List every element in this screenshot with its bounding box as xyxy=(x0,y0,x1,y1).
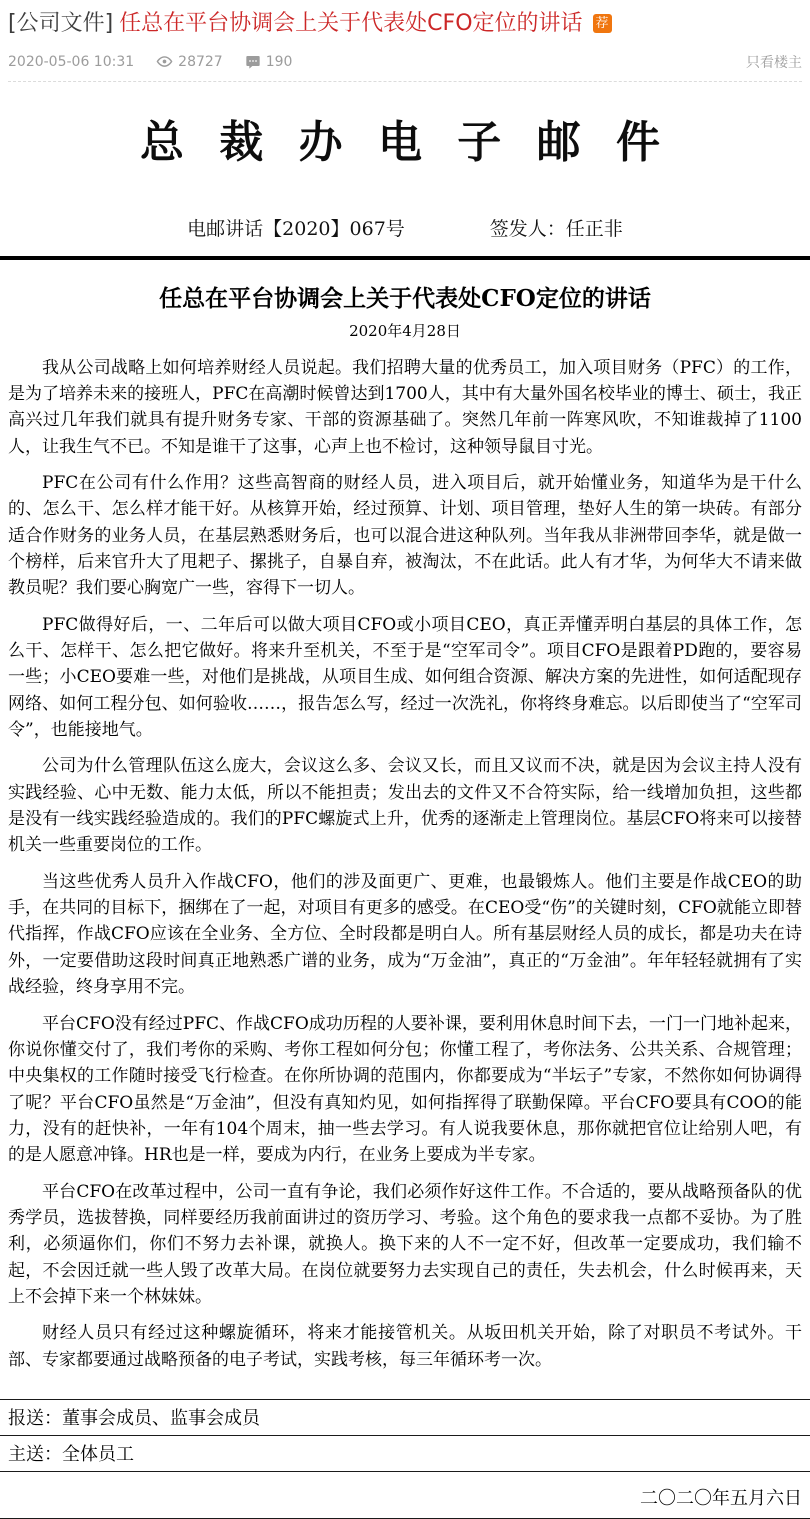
post-datetime: 2020-05-06 10:31 xyxy=(8,54,134,70)
article: 任总在平台协调会上关于代表处CFO定位的讲话 2020年4月28日 我从公司战略… xyxy=(0,280,810,1373)
letterhead-masthead: 总 裁 办 电 子 邮 件 xyxy=(0,106,810,170)
comment-count-value: 190 xyxy=(266,54,293,70)
dashed-separator xyxy=(8,81,802,82)
article-paragraph: 平台CFO在改革过程中，公司一直有争论，我们必须作好这件工作。不合适的，要从战略… xyxy=(8,1179,802,1311)
article-paragraph: 财经人员只有经过这种螺旋循环，将来才能接管机关。从坂田机关开始，除了对职员不考试… xyxy=(8,1320,802,1373)
eye-icon xyxy=(156,53,173,70)
article-paragraph: PFC做得好后，一、二年后可以做大项目CFO或小项目CEO，真正弄懂弄明白基层的… xyxy=(8,612,802,744)
post-meta-bar: 2020-05-06 10:31 28727 190 只看楼主 xyxy=(8,52,802,72)
comment-count: 190 xyxy=(245,54,293,70)
article-paragraph: 我从公司战略上如何培养财经人员说起。我们招聘大量的优秀员工，加入项目财务（PFC… xyxy=(8,355,802,460)
footer-main-to: 主送：全体员工 xyxy=(0,1435,810,1471)
post-title-row: [公司文件]任总在平台协调会上关于代表处CFO定位的讲话荐 xyxy=(8,10,802,39)
article-title: 任总在平台协调会上关于代表处CFO定位的讲话 xyxy=(0,280,810,313)
article-paragraph: 当这些优秀人员升入作战CFO，他们的涉及面更广、更难，也最锻炼人。他们主要是作战… xyxy=(8,869,802,1001)
article-paragraph: 公司为什么管理队伍这么庞大，会议这么多、会议又长，而且又议而不决，就是因为会议主… xyxy=(8,753,802,858)
doc-number-row: 电邮讲话【2020】067号 签发人：任正非 xyxy=(0,214,810,241)
letterhead-rule xyxy=(0,256,810,260)
forum-post-page: [公司文件]任总在平台协调会上关于代表处CFO定位的讲话荐 2020-05-06… xyxy=(0,0,810,1519)
view-count-value: 28727 xyxy=(178,54,223,70)
view-count: 28727 xyxy=(156,53,223,70)
post-header: [公司文件]任总在平台协调会上关于代表处CFO定位的讲话荐 2020-05-06… xyxy=(0,0,810,82)
only-author-link[interactable]: 只看楼主 xyxy=(746,52,802,72)
letterhead: 总 裁 办 电 子 邮 件 电邮讲话【2020】067号 签发人：任正非 xyxy=(0,106,810,260)
document-footer: 报送：董事会成员、监事会成员 主送：全体员工 二〇二〇年五月六日 xyxy=(0,1399,810,1519)
recommended-badge: 荐 xyxy=(593,14,612,33)
article-paragraph: PFC在公司有什么作用？这些高智商的财经人员，进入项目后，就开始懂业务，知道华为… xyxy=(8,470,802,602)
post-category-tag: [公司文件] xyxy=(8,11,113,36)
article-date: 2020年4月28日 xyxy=(0,320,810,341)
footer-issue-date: 二〇二〇年五月六日 xyxy=(0,1471,810,1518)
doc-number: 电邮讲话【2020】067号 xyxy=(187,214,405,241)
article-body: 我从公司战略上如何培养财经人员说起。我们招聘大量的优秀员工，加入项目财务（PFC… xyxy=(0,341,810,1373)
comment-icon xyxy=(245,54,261,70)
footer-report-to: 报送：董事会成员、监事会成员 xyxy=(0,1399,810,1435)
article-paragraph: 平台CFO没有经过PFC、作战CFO成功历程的人要补课，要利用休息时间下去，一门… xyxy=(8,1011,802,1169)
doc-signer: 签发人：任正非 xyxy=(490,214,623,241)
post-title: 任总在平台协调会上关于代表处CFO定位的讲话 xyxy=(119,11,582,36)
